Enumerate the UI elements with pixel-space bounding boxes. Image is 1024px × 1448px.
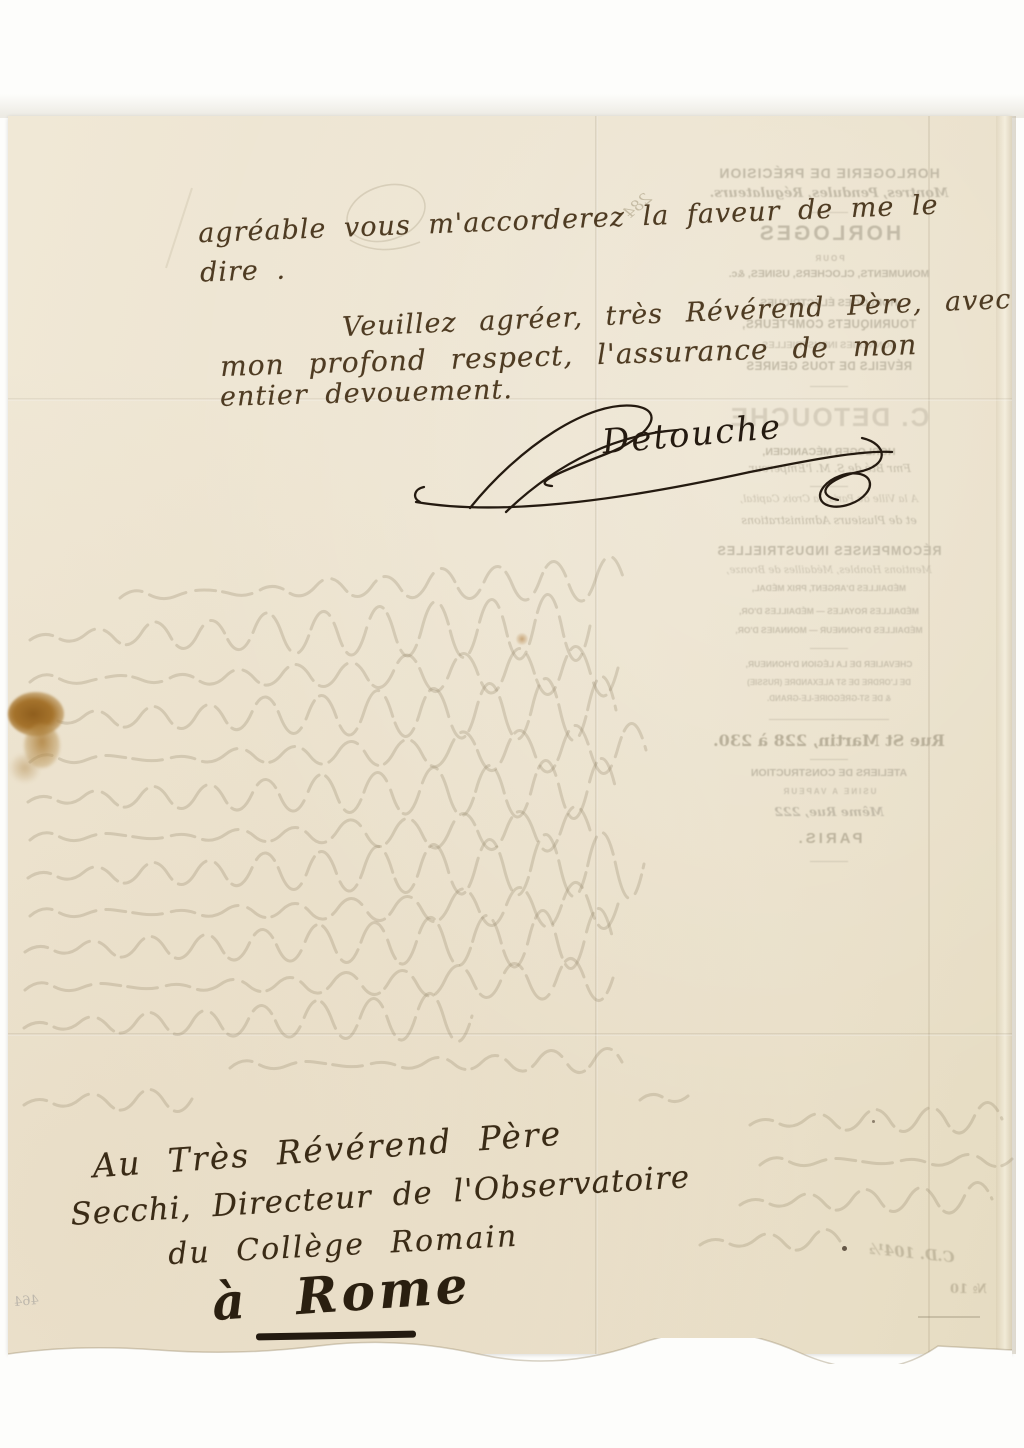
letterhead-line: RÉCOMPENSES INDUSTRIELLES xyxy=(716,544,941,558)
ink-stain xyxy=(10,754,40,782)
letterhead-line: MÉDAILLES ROYALES — MÉDAILLES D'OR, xyxy=(739,606,919,616)
letterhead-line: PARIS. xyxy=(796,830,863,847)
letterhead-line: MÉDAILLES D'ARGENT, PRIX MÉDAL, xyxy=(752,583,906,593)
letterhead-line: DE L'ORDRE DE ST ALEXANDRE (RUSSIE) xyxy=(747,678,911,687)
letterhead-line: Rue St Martin, 228 à 230. xyxy=(713,731,945,750)
scanner-shadow-band xyxy=(0,94,1024,118)
letterhead-line: CHEVALIER DE LA LÉGION D'HONNEUR, xyxy=(746,659,913,669)
letterhead-line: MONUMENTS, CLOCHERS, USINES, &c. xyxy=(729,268,930,280)
letterhead-line: Mentions Honbles, Médailles de Bronze, xyxy=(726,565,932,576)
letterhead-rule xyxy=(810,648,848,649)
letterhead-line: POUR xyxy=(813,254,844,263)
ink-speck xyxy=(842,1246,847,1251)
letterhead-line: & DE ST-GRÉGOIRE-LE-GRAND. xyxy=(767,694,891,703)
stain-dot xyxy=(516,633,528,645)
letterhead-rule xyxy=(810,861,848,862)
bleed-sheet-number: № 10 xyxy=(950,1282,987,1297)
ink-speck xyxy=(872,1120,875,1123)
body-line-2: dire . xyxy=(199,255,286,289)
paper-bottom-edge xyxy=(8,1338,1012,1364)
signature-name: Detouche xyxy=(599,407,783,463)
signature-detouche: Detouche xyxy=(410,386,900,526)
letterhead-line: Même Rue, 222 xyxy=(774,804,884,819)
letterhead-rule xyxy=(810,759,848,760)
letterhead-rule xyxy=(769,719,889,720)
letterhead-line: MÉDAILLES D'HONNEUR — MONNAIES D'OR, xyxy=(735,625,922,635)
letterhead-line: USINE A VAPEUR xyxy=(782,787,877,796)
letterhead-line: HORLOGERIE DE PRÉCISION xyxy=(718,165,939,181)
pencil-number: 464 xyxy=(13,1293,39,1310)
horizontal-fold-lower xyxy=(8,1033,1012,1036)
scanned-letter-page: HORLOGERIE DE PRÉCISION Montres, Pendule… xyxy=(0,0,1024,1448)
letterhead-line: ATELIERS DE CONSTRUCTION xyxy=(751,767,907,779)
bleed-sheet-rule xyxy=(918,1316,980,1318)
